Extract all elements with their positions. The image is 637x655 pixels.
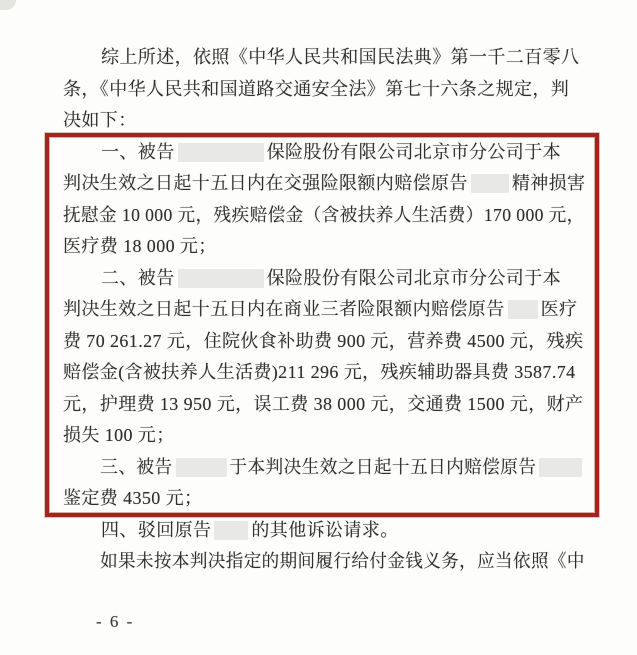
doc-text: 一、被告 [101,142,175,162]
doc-text: 费 70 261.27 元，住院伙食补助费 900 元，营养费 4500 元，残… [63,331,583,351]
doc-text: 精神损害 [512,173,586,193]
doc-text: 决如下： [63,110,137,130]
redaction-box [175,458,226,477]
intro-paragraph: 综上所述，依照《中华人民共和国民法典》第一千二百零八条，《中华人民共和国道路交通… [63,42,585,137]
closing-paragraphs: 四、驳回原告的其他诉讼请求。如果未按本判决指定的期间履行给付金钱义务，应当依照《… [63,515,585,578]
doc-text: 医疗费 18 000 元； [63,236,217,256]
redaction-box [508,300,538,319]
doc-text: 于本判决生效之日起十五日内赔偿原告 [229,457,536,477]
closing-line: 如果未按本判决指定的期间履行给付金钱义务，应当依照《中 [63,546,572,578]
judgment-items-paragraphs: 一、被告保险股份有限公司北京市分公司于本判决生效之日起十五日内在交强险限额内赔偿… [63,137,585,515]
doc-text: 医疗 [541,299,578,319]
intro-line: 决如下： [63,105,585,137]
doc-text: 保险股份有限公司北京市分公司于本 [267,142,561,162]
judgment-line: 赔偿金(含被扶养人生活费)211 296 元，残疾辅助器具费 3587.74 [63,357,585,389]
document-body: 综上所述，依照《中华人民共和国民法典》第一千二百零八条，《中华人民共和国道路交通… [63,42,585,578]
doc-text: 判决生效之日起十五日内在交强险限额内赔偿原告 [63,173,468,193]
doc-text: 条，《中华人民共和国道路交通安全法》第七十六条之规定，判 [63,79,569,99]
doc-text: 如果未按本判决指定的期间履行给付金钱义务，应当依照《中 [100,551,585,571]
doc-text: 的其他诉讼请求。 [251,520,398,540]
judgment-line: 二、被告保险股份有限公司北京市分公司于本 [63,263,585,295]
doc-text: 三、被告 [100,457,172,477]
doc-text: 元，护理费 13 950 元，误工费 38 000 元，交通费 1500 元，财… [63,394,583,414]
closing-line: 四、驳回原告的其他诉讼请求。 [63,515,585,547]
judgment-line: 一、被告保险股份有限公司北京市分公司于本 [63,137,585,169]
judgment-line: 鉴定费 4350 元； [63,483,585,515]
doc-text: 判决生效之日起十五日内在商业三者险限额内赔偿原告 [63,299,505,319]
doc-text: 损失 100 元； [63,425,175,445]
judgment-line: 三、被告于本判决生效之日起十五日内赔偿原告 [63,452,575,484]
intro-line: 条，《中华人民共和国道路交通安全法》第七十六条之规定，判 [63,74,585,106]
judgment-line: 抚慰金 10 000 元，残疾赔偿金（含被扶养人生活费）170 000 元， [63,200,574,232]
doc-text: 抚慰金 10 000 元，残疾赔偿金（含被扶养人生活费）170 000 元， [63,205,585,225]
judgment-line: 损失 100 元； [63,420,585,452]
doc-text: 二、被告 [101,268,175,288]
judgment-line: 费 70 261.27 元，住院伙食补助费 900 元，营养费 4500 元，残… [63,326,585,358]
intro-line: 综上所述，依照《中华人民共和国民法典》第一千二百零八 [63,42,585,74]
doc-text: 四、驳回原告 [101,520,211,540]
doc-text: 赔偿金(含被扶养人生活费)211 296 元，残疾辅助器具费 3587.74 [63,362,576,382]
judgment-line: 医疗费 18 000 元； [63,231,585,263]
redaction-box [178,269,264,288]
redaction-box [214,521,248,540]
doc-text: 综上所述，依照《中华人民共和国民法典》第一千二百零八 [101,47,579,67]
judgment-line: 判决生效之日起十五日内在商业三者险限额内赔偿原告医疗 [63,294,585,326]
doc-text: 鉴定费 4350 元； [63,488,202,508]
redaction-box [539,458,582,477]
page-number: - 6 - [96,612,134,632]
scanned-judgment-page: 综上所述，依照《中华人民共和国民法典》第一千二百零八条，《中华人民共和国道路交通… [0,0,637,655]
redaction-box [178,143,264,162]
doc-text: 保险股份有限公司北京市分公司于本 [267,268,561,288]
judgment-line: 判决生效之日起十五日内在交强险限额内赔偿原告精神损害 [63,168,585,200]
redaction-box [471,174,509,193]
scan-corner-artifact [0,0,16,10]
judgment-line: 元，护理费 13 950 元，误工费 38 000 元，交通费 1500 元，财… [63,389,585,421]
